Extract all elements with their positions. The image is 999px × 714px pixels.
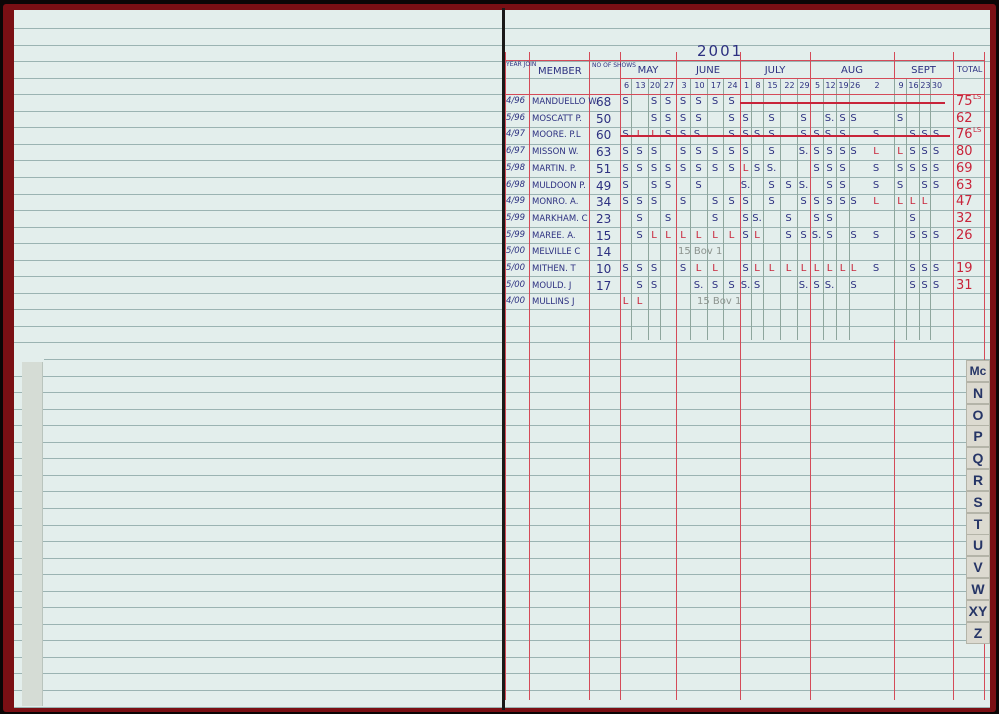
attendance-mark: S xyxy=(858,181,894,191)
attendance-mark: S xyxy=(648,181,660,191)
attendance-mark: S xyxy=(836,164,849,174)
date-label: 27 xyxy=(661,82,677,90)
member-total: 32 xyxy=(956,212,973,225)
attendance-mark: S xyxy=(660,164,676,174)
attendance-mark: L xyxy=(690,231,707,241)
ruled-line xyxy=(504,673,990,674)
attendance-mark: S xyxy=(836,197,849,207)
ruled-line xyxy=(504,326,990,327)
attendance-mark: S xyxy=(676,264,690,274)
attendance-mark: S xyxy=(620,97,631,107)
ruled-line xyxy=(504,458,990,459)
attendance-mark: S xyxy=(836,147,849,157)
attendance-mark: S xyxy=(740,264,751,274)
member-name: MONRO. A. xyxy=(532,198,578,207)
ruled-line xyxy=(14,227,503,228)
attendance-mark: S xyxy=(849,281,858,291)
ruled-line xyxy=(14,144,503,145)
attendance-mark: S xyxy=(620,197,631,207)
attendance-mark: S xyxy=(631,281,648,291)
date-label: 3 xyxy=(677,82,691,90)
ruled-line xyxy=(504,508,990,509)
index-tab-p[interactable]: P xyxy=(966,425,990,447)
attendance-mark: S xyxy=(894,164,906,174)
attendance-mark: S xyxy=(919,147,930,157)
member-joined-date: 4/96 xyxy=(506,97,525,106)
ruled-line xyxy=(14,640,503,641)
attendance-mark: S xyxy=(930,181,942,191)
attendance-mark: S xyxy=(930,264,942,274)
index-tab-o[interactable]: O xyxy=(966,404,990,426)
attendance-mark: L xyxy=(751,231,763,241)
attendance-mark: S xyxy=(707,164,723,174)
member-joined-date: 4/97 xyxy=(506,130,525,139)
ruled-line xyxy=(504,111,990,112)
ruled-line xyxy=(14,342,503,343)
attendance-mark: S xyxy=(723,114,740,124)
member-total: 75 xyxy=(956,95,973,108)
header-rule-top xyxy=(505,60,985,61)
attendance-mark: S xyxy=(676,197,690,207)
ruled-line xyxy=(14,376,503,377)
member-name: MOULD. J xyxy=(532,282,571,291)
index-tab-z[interactable]: Z xyxy=(966,622,990,644)
ruled-line xyxy=(504,28,990,29)
ruled-line xyxy=(14,673,503,674)
attendance-mark: S xyxy=(780,214,797,224)
attendance-mark: S xyxy=(780,231,797,241)
member-joined-date: 5/00 xyxy=(506,264,525,273)
index-tab-w[interactable]: W xyxy=(966,578,990,600)
attendance-mark: S xyxy=(823,197,836,207)
attendance-mark: S xyxy=(723,281,740,291)
ruled-line xyxy=(14,78,503,79)
date-rule xyxy=(919,78,920,340)
attendance-mark: S xyxy=(823,231,836,241)
ruled-line xyxy=(504,45,990,46)
member-total: 19 xyxy=(956,262,973,275)
attendance-mark: S xyxy=(836,181,849,191)
index-tab-xy[interactable]: XY xyxy=(966,600,990,622)
index-tab-t[interactable]: T xyxy=(966,513,990,535)
date-label: 17 xyxy=(708,82,724,90)
total-note: LS xyxy=(973,127,981,134)
ruled-line xyxy=(14,442,503,443)
attendance-mark: S xyxy=(723,197,740,207)
attendance-mark: S xyxy=(631,164,648,174)
member-joined-date: 4/00 xyxy=(506,297,525,306)
attendance-mark: S. xyxy=(797,147,810,157)
strike-line xyxy=(620,135,950,137)
member-show-count: 49 xyxy=(596,180,611,192)
attendance-mark: L xyxy=(836,264,849,274)
attendance-mark: S. xyxy=(763,164,780,174)
ruled-line xyxy=(504,690,990,691)
attendance-mark: L xyxy=(676,231,690,241)
attendance-mark: S xyxy=(690,181,707,191)
attendance-mark: S xyxy=(723,147,740,157)
index-tab-q[interactable]: Q xyxy=(966,447,990,469)
date-label: 5 xyxy=(811,82,824,90)
attendance-mark: S xyxy=(849,231,858,241)
attendance-mark: L xyxy=(740,164,751,174)
attendance-mark: S xyxy=(894,181,906,191)
attendance-mark: L xyxy=(919,197,930,207)
ruled-line xyxy=(504,177,990,178)
ruled-line xyxy=(14,607,503,608)
ruled-line xyxy=(504,707,990,708)
header-rule-mid xyxy=(620,78,953,79)
attendance-mark: S xyxy=(763,147,780,157)
attendance-mark: L xyxy=(858,197,894,207)
attendance-mark: S xyxy=(740,114,751,124)
attendance-mark: S xyxy=(810,147,823,157)
attendance-mark: S xyxy=(906,164,919,174)
ruled-line xyxy=(14,276,503,277)
ruled-line xyxy=(504,61,990,62)
ruled-line xyxy=(504,425,990,426)
attendance-mark: S xyxy=(836,114,849,124)
attendance-mark: S xyxy=(676,147,690,157)
member-name: MISSON W. xyxy=(532,148,579,157)
member-joined-date: 5/00 xyxy=(506,247,525,256)
attendance-mark: S xyxy=(648,97,660,107)
ruled-line xyxy=(14,491,503,492)
date-label: 20 xyxy=(649,82,661,90)
row-annotation: 15 Bov 1 xyxy=(678,247,722,257)
date-label: 22 xyxy=(781,82,798,90)
index-tab-u[interactable]: U xyxy=(966,534,990,556)
attendance-mark: S xyxy=(631,264,648,274)
attendance-mark: L xyxy=(894,197,906,207)
ruled-line xyxy=(14,210,503,211)
attendance-mark: S xyxy=(707,214,723,224)
member-name: MARTIN. P. xyxy=(532,165,576,174)
member-show-count: 34 xyxy=(596,196,611,208)
date-rule xyxy=(930,78,931,340)
attendance-mark: S xyxy=(660,114,676,124)
attendance-mark: S xyxy=(919,181,930,191)
member-joined-date: 5/99 xyxy=(506,214,525,223)
member-show-count: 14 xyxy=(596,246,611,258)
date-label: 6 xyxy=(621,82,632,90)
ruled-line xyxy=(504,392,990,393)
attendance-mark: S xyxy=(858,164,894,174)
attendance-mark: S xyxy=(648,114,660,124)
attendance-mark: S xyxy=(797,197,810,207)
attendance-mark: S xyxy=(631,147,648,157)
attendance-mark: L xyxy=(690,264,707,274)
attendance-mark: S xyxy=(648,264,660,274)
attendance-mark: S xyxy=(620,147,631,157)
header-total: TOTAL xyxy=(957,66,982,74)
column-rule xyxy=(953,52,954,700)
attendance-mark: S xyxy=(740,147,751,157)
attendance-mark: S xyxy=(740,214,751,224)
ruled-line xyxy=(14,690,503,691)
attendance-mark: S xyxy=(707,197,723,207)
date-label: 12 xyxy=(824,82,837,90)
attendance-mark: S xyxy=(930,231,942,241)
member-total: 47 xyxy=(956,195,973,208)
attendance-mark: S xyxy=(763,197,780,207)
attendance-mark: S xyxy=(648,197,660,207)
column-rule xyxy=(589,52,590,700)
member-show-count: 63 xyxy=(596,146,611,158)
attendance-mark: S xyxy=(797,231,810,241)
ruled-line xyxy=(504,293,990,294)
member-name: MELVILLE C xyxy=(532,248,580,257)
ruled-line xyxy=(14,541,503,542)
ruled-line xyxy=(14,309,503,310)
member-name: MOORE. P.L xyxy=(532,131,581,140)
attendance-mark: S xyxy=(906,264,919,274)
attendance-mark: S xyxy=(930,147,942,157)
index-tab-mc[interactable]: Mc xyxy=(966,360,990,382)
attendance-mark: S xyxy=(690,164,707,174)
attendance-mark: S xyxy=(849,114,858,124)
attendance-mark: S xyxy=(751,281,763,291)
attendance-mark: L xyxy=(823,264,836,274)
ruled-line xyxy=(14,458,503,459)
month-label: JULY xyxy=(757,66,793,76)
attendance-mark: S xyxy=(690,114,707,124)
date-rule xyxy=(780,78,781,340)
attendance-mark: S. xyxy=(740,181,751,191)
attendance-mark: S xyxy=(930,281,942,291)
ruled-line xyxy=(504,640,990,641)
ruled-line xyxy=(504,525,990,526)
left-page-blank xyxy=(14,10,503,708)
attendance-mark: S. xyxy=(823,114,836,124)
attendance-mark: S xyxy=(676,114,690,124)
ruled-line xyxy=(504,160,990,161)
attendance-mark: S xyxy=(797,114,810,124)
ruled-line xyxy=(504,210,990,211)
attendance-mark: S xyxy=(919,264,930,274)
attendance-mark: S xyxy=(740,231,751,241)
ruled-line xyxy=(504,127,990,128)
attendance-mark: S xyxy=(858,264,894,274)
ruled-line xyxy=(14,624,503,625)
attendance-mark: S xyxy=(823,214,836,224)
attendance-mark: L xyxy=(620,297,631,307)
ruled-line xyxy=(504,276,990,277)
member-total: 63 xyxy=(956,179,973,192)
ruled-line xyxy=(14,591,503,592)
attendance-mark: S. xyxy=(740,281,751,291)
ruled-line xyxy=(504,342,990,343)
member-show-count: 68 xyxy=(596,96,611,108)
index-tab-r[interactable]: R xyxy=(966,469,990,491)
attendance-mark: L xyxy=(631,297,648,307)
register-year: 2001 xyxy=(697,44,743,59)
member-total: 62 xyxy=(956,112,973,125)
ruled-line xyxy=(504,491,990,492)
attendance-mark: S xyxy=(763,181,780,191)
ruled-line xyxy=(14,28,503,29)
member-joined-date: 5/96 xyxy=(506,114,525,123)
attendance-mark: S xyxy=(763,114,780,124)
attendance-mark: S xyxy=(723,97,740,107)
attendance-mark: L xyxy=(780,264,797,274)
attendance-mark: L xyxy=(707,231,723,241)
ruled-line xyxy=(14,558,503,559)
member-show-count: 50 xyxy=(596,113,611,125)
ruled-line xyxy=(14,574,503,575)
ruled-line xyxy=(14,707,503,708)
ruled-line xyxy=(14,475,503,476)
attendance-mark: S xyxy=(810,214,823,224)
date-label: 8 xyxy=(752,82,764,90)
ruled-line xyxy=(14,111,503,112)
ruled-line xyxy=(14,160,503,161)
member-total: 76 xyxy=(956,128,973,141)
ruled-line xyxy=(14,425,503,426)
attendance-mark: S xyxy=(723,164,740,174)
member-name: MULLINS J xyxy=(532,298,575,307)
ruled-line xyxy=(14,508,503,509)
attendance-mark: S. xyxy=(797,181,810,191)
ruled-line xyxy=(504,194,990,195)
ruled-line xyxy=(14,293,503,294)
attendance-mark: L xyxy=(648,231,660,241)
ruled-line xyxy=(504,260,990,261)
attendance-mark: S xyxy=(676,164,690,174)
date-label: 1 xyxy=(741,82,752,90)
attendance-mark: S xyxy=(660,97,676,107)
ruled-line xyxy=(504,624,990,625)
attendance-mark: S xyxy=(849,197,858,207)
member-total: 80 xyxy=(956,145,973,158)
header-member: MEMBER xyxy=(538,67,582,77)
member-total: 69 xyxy=(956,162,973,175)
ruled-line xyxy=(504,409,990,410)
attendance-mark: L xyxy=(810,264,823,274)
total-note: LS xyxy=(973,94,981,101)
ruled-line xyxy=(14,657,503,658)
attendance-mark: S xyxy=(690,147,707,157)
ruled-line xyxy=(504,591,990,592)
attendance-mark: L xyxy=(660,231,676,241)
ruled-line xyxy=(14,94,503,95)
attendance-mark: L xyxy=(906,197,919,207)
ruled-line xyxy=(504,607,990,608)
ruled-line xyxy=(504,475,990,476)
attendance-mark: S xyxy=(823,181,836,191)
attendance-mark: L xyxy=(797,264,810,274)
member-name: MANDUELLO W. xyxy=(532,98,598,107)
attendance-mark: S xyxy=(823,147,836,157)
member-joined-date: 5/00 xyxy=(506,281,525,290)
member-show-count: 15 xyxy=(596,230,611,242)
attendance-mark: S. xyxy=(690,281,707,291)
month-label: SEPT xyxy=(906,66,942,76)
ruled-line xyxy=(504,574,990,575)
attendance-mark: S xyxy=(620,181,631,191)
strike-line xyxy=(740,102,945,104)
ruled-line xyxy=(14,243,503,244)
month-label: MAY xyxy=(630,66,666,76)
member-joined-date: 6/97 xyxy=(506,147,525,156)
attendance-mark: S xyxy=(740,197,751,207)
attendance-mark: S xyxy=(858,231,894,241)
attendance-mark: L xyxy=(858,147,894,157)
member-joined-date: 6/98 xyxy=(506,181,525,190)
date-label: 30 xyxy=(931,82,943,90)
ruled-line xyxy=(504,309,990,310)
attendance-mark: L xyxy=(894,147,906,157)
member-name: MAREE. A. xyxy=(532,232,576,241)
member-name: MARKHAM. C xyxy=(532,215,588,224)
attendance-mark: S xyxy=(810,197,823,207)
date-label: 13 xyxy=(632,82,649,90)
ruled-line xyxy=(14,127,503,128)
ruled-line xyxy=(14,177,503,178)
attendance-mark: S. xyxy=(810,231,823,241)
attendance-mark: S xyxy=(676,97,690,107)
ruled-line xyxy=(14,392,503,393)
attendance-mark: S xyxy=(660,214,676,224)
index-tab-n[interactable]: N xyxy=(966,382,990,404)
member-joined-date: 5/98 xyxy=(506,164,525,173)
date-label: 9 xyxy=(895,82,907,90)
month-label: AUG xyxy=(834,66,870,76)
ruled-line xyxy=(14,260,503,261)
member-show-count: 17 xyxy=(596,280,611,292)
header-rule-bottom xyxy=(505,94,985,95)
ruled-line xyxy=(14,326,503,327)
member-name: MITHEN. T xyxy=(532,265,576,274)
member-name: MOSCATT P. xyxy=(532,115,582,124)
attendance-mark: S xyxy=(919,281,930,291)
attendance-mark: S xyxy=(906,147,919,157)
date-label: 23 xyxy=(920,82,931,90)
index-tab-v[interactable]: V xyxy=(966,556,990,578)
member-joined-date: 4/99 xyxy=(506,197,525,206)
attendance-mark: S xyxy=(930,164,942,174)
ruled-line xyxy=(504,359,990,360)
ruled-line xyxy=(14,525,503,526)
attendance-mark: S. xyxy=(797,281,810,291)
attendance-mark: S xyxy=(919,164,930,174)
date-label: 24 xyxy=(724,82,741,90)
attendance-mark: L xyxy=(751,264,763,274)
ruled-line xyxy=(504,144,990,145)
column-rule xyxy=(529,52,530,700)
ruled-line xyxy=(504,376,990,377)
date-rule xyxy=(906,78,907,340)
attendance-mark: S xyxy=(810,281,823,291)
date-rule xyxy=(751,78,752,340)
attendance-mark: S xyxy=(648,281,660,291)
attendance-mark: S xyxy=(660,181,676,191)
index-tab-s[interactable]: S xyxy=(966,491,990,513)
attendance-mark: L xyxy=(723,231,740,241)
member-name: MULDOON P. xyxy=(532,182,586,191)
left-index-strip xyxy=(22,362,43,706)
attendance-mark: S xyxy=(919,231,930,241)
ruled-line xyxy=(504,558,990,559)
ruled-line xyxy=(504,657,990,658)
attendance-mark: L xyxy=(849,264,858,274)
member-joined-date: 5/99 xyxy=(506,231,525,240)
ruled-line xyxy=(14,61,503,62)
attendance-mark: S xyxy=(631,231,648,241)
date-label: 29 xyxy=(798,82,811,90)
attendance-mark: S. xyxy=(751,214,763,224)
attendance-mark: L xyxy=(707,264,723,274)
